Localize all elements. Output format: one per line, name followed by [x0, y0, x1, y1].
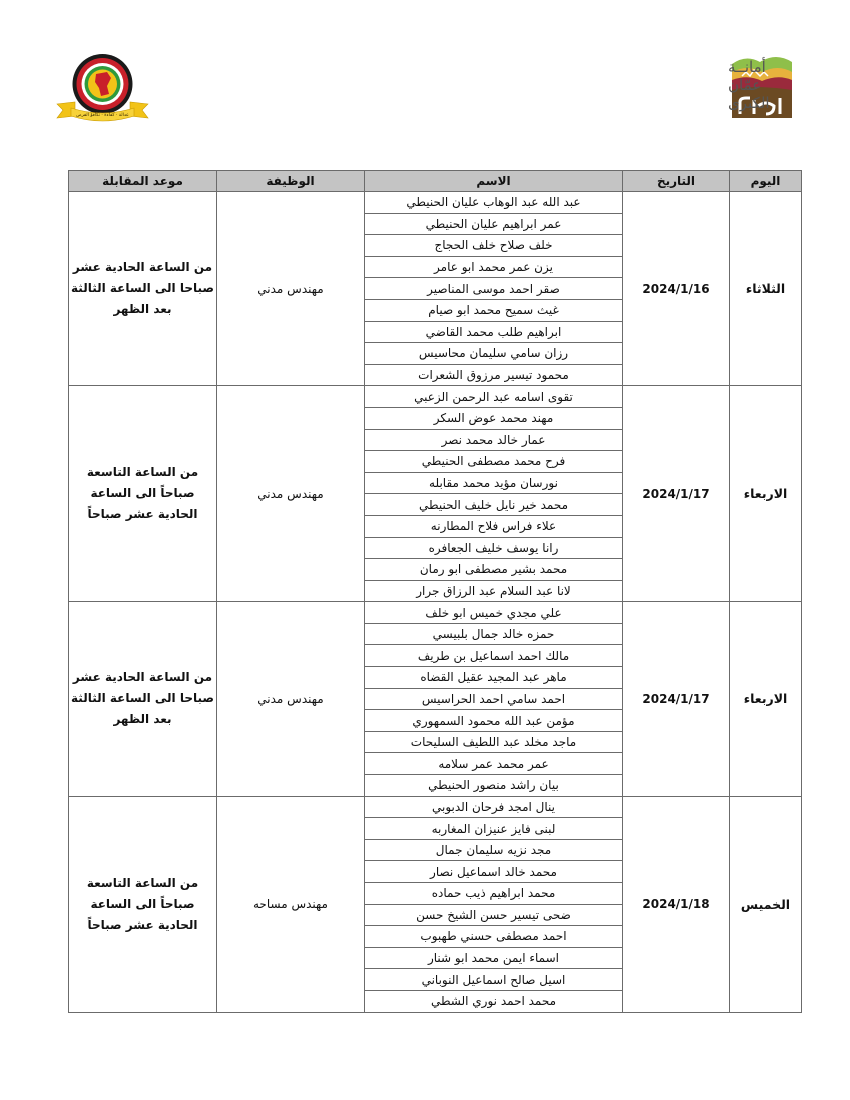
candidate-name: عمر محمد عمر سلامه — [365, 753, 623, 775]
column-header-job: الوظيفة — [217, 171, 365, 192]
candidate-name: احمد سامي احمد الحراسيس — [365, 688, 623, 710]
day-cell: الثلاثاء — [730, 192, 802, 386]
candidate-name: اسيل صالح اسماعيل النوباني — [365, 969, 623, 991]
candidate-name: ماجد مخلد عبد اللطيف السليحات — [365, 731, 623, 753]
candidate-name: رانا يوسف خليف الجعافره — [365, 537, 623, 559]
table-row: الخميس 2024/1/18 ينال امجد فرحان الدبوبي… — [69, 796, 802, 818]
candidate-name: خلف صلاح خلف الحجاج — [365, 235, 623, 257]
svg-text:الكبرى: الكبرى — [728, 94, 770, 112]
civil-service-bureau-logo: عدالة · كفاءة · تكافؤ الفرص — [55, 52, 150, 127]
candidate-name: محمد خالد اسماعيل نصار — [365, 861, 623, 883]
candidate-name: محمود تيسير مرزوق الشعرات — [365, 364, 623, 386]
candidate-name: بيان راشد منصور الحنيطي — [365, 775, 623, 797]
candidate-name: صقر احمد موسى المناصير — [365, 278, 623, 300]
interview-schedule-table: اليوم التاريخ الاسم الوظيفة موعد المقابل… — [68, 170, 802, 1013]
date-cell: 2024/1/17 — [623, 602, 730, 796]
candidate-name: مؤمن عبد الله محمود السمهوري — [365, 710, 623, 732]
candidate-name: يزن عمر محمد ابو عامر — [365, 256, 623, 278]
candidate-name: مهند محمد عوض السكر — [365, 407, 623, 429]
candidate-name: ابراهيم طلب محمد القاضي — [365, 321, 623, 343]
svg-text:أمانــة: أمانــة — [728, 57, 766, 76]
candidate-name: اسماء ايمن محمد ابو شنار — [365, 947, 623, 969]
emblem-icon: عدالة · كفاءة · تكافؤ الفرص — [55, 52, 150, 127]
candidate-name: غيث سميح محمد ابو صيام — [365, 299, 623, 321]
job-cell: مهندس مدني — [217, 192, 365, 386]
column-header-interview-time: موعد المقابلة — [69, 171, 217, 192]
day-cell: الخميس — [730, 796, 802, 1012]
candidate-name: فرح محمد مصطفى الحنيطي — [365, 451, 623, 473]
candidate-name: نورسان مؤيد محمد مقابله — [365, 472, 623, 494]
candidate-name: لبنى فايز عنيزان المغاربه — [365, 818, 623, 840]
day-cell: الاربعاء — [730, 602, 802, 796]
column-header-day: اليوم — [730, 171, 802, 192]
interview-time-cell: من الساعة التاسعة صباحاً الى الساعة الحا… — [69, 386, 217, 602]
candidate-name: احمد مصطفى حسني طهبوب — [365, 926, 623, 948]
candidate-name: رزان سامي سليمان محاسيس — [365, 343, 623, 365]
table-row: الثلاثاء 2024/1/16 عبد الله عبد الوهاب ع… — [69, 192, 802, 214]
candidate-name: عبد الله عبد الوهاب عليان الحنيطي — [365, 192, 623, 214]
candidate-name: محمد بشير مصطفى ابو رمان — [365, 559, 623, 581]
interview-time-cell: من الساعة الحادية عشر صباحا الى الساعة ا… — [69, 602, 217, 796]
date-cell: 2024/1/16 — [623, 192, 730, 386]
interview-time-cell: من الساعة الحادية عشر صباحا الى الساعة ا… — [69, 192, 217, 386]
amman-logo-icon: أمانــة عمّان الكبرى — [676, 52, 806, 122]
day-cell: الاربعاء — [730, 386, 802, 602]
candidate-name: مالك احمد اسماعيل بن طريف — [365, 645, 623, 667]
column-header-name: الاسم — [365, 171, 623, 192]
table-row: الاربعاء 2024/1/17 علي مجدي خميس ابو خلف… — [69, 602, 802, 624]
svg-text:عمّان: عمّان — [728, 76, 761, 94]
candidate-name: محمد خير نايل خليف الحنيطي — [365, 494, 623, 516]
job-cell: مهندس مدني — [217, 602, 365, 796]
candidate-name: محمد ابراهيم ذيب حماده — [365, 883, 623, 905]
candidate-name: ماهر عبد المجيد عقيل القضاه — [365, 667, 623, 689]
greater-amman-municipality-logo: أمانــة عمّان الكبرى — [676, 52, 806, 122]
candidate-name: عمر ابراهيم عليان الحنيطي — [365, 213, 623, 235]
table-row: الاربعاء 2024/1/17 تقوى اسامه عبد الرحمن… — [69, 386, 802, 408]
candidate-name: لانا عبد السلام عبد الرزاق جرار — [365, 580, 623, 602]
candidate-name: علي مجدي خميس ابو خلف — [365, 602, 623, 624]
candidate-name: حمزه خالد جمال بلبيسي — [365, 623, 623, 645]
date-cell: 2024/1/18 — [623, 796, 730, 1012]
candidate-name: ضحى تيسير حسن الشيخ حسن — [365, 904, 623, 926]
candidate-name: ينال امجد فرحان الدبوبي — [365, 796, 623, 818]
candidate-name: محمد احمد نوري الشطي — [365, 990, 623, 1012]
candidate-name: مجد نزيه سليمان جمال — [365, 839, 623, 861]
job-cell: مهندس مساحه — [217, 796, 365, 1012]
candidate-name: عمار خالد محمد نصر — [365, 429, 623, 451]
column-header-date: التاريخ — [623, 171, 730, 192]
date-cell: 2024/1/17 — [623, 386, 730, 602]
svg-text:عدالة · كفاءة · تكافؤ الفرص: عدالة · كفاءة · تكافؤ الفرص — [76, 112, 129, 118]
candidate-name: تقوى اسامه عبد الرحمن الزعبي — [365, 386, 623, 408]
job-cell: مهندس مدني — [217, 386, 365, 602]
candidate-name: علاء فراس فلاح المطارنه — [365, 515, 623, 537]
interview-time-cell: من الساعة التاسعة صباحاً الى الساعة الحا… — [69, 796, 217, 1012]
table-header-row: اليوم التاريخ الاسم الوظيفة موعد المقابل… — [69, 171, 802, 192]
